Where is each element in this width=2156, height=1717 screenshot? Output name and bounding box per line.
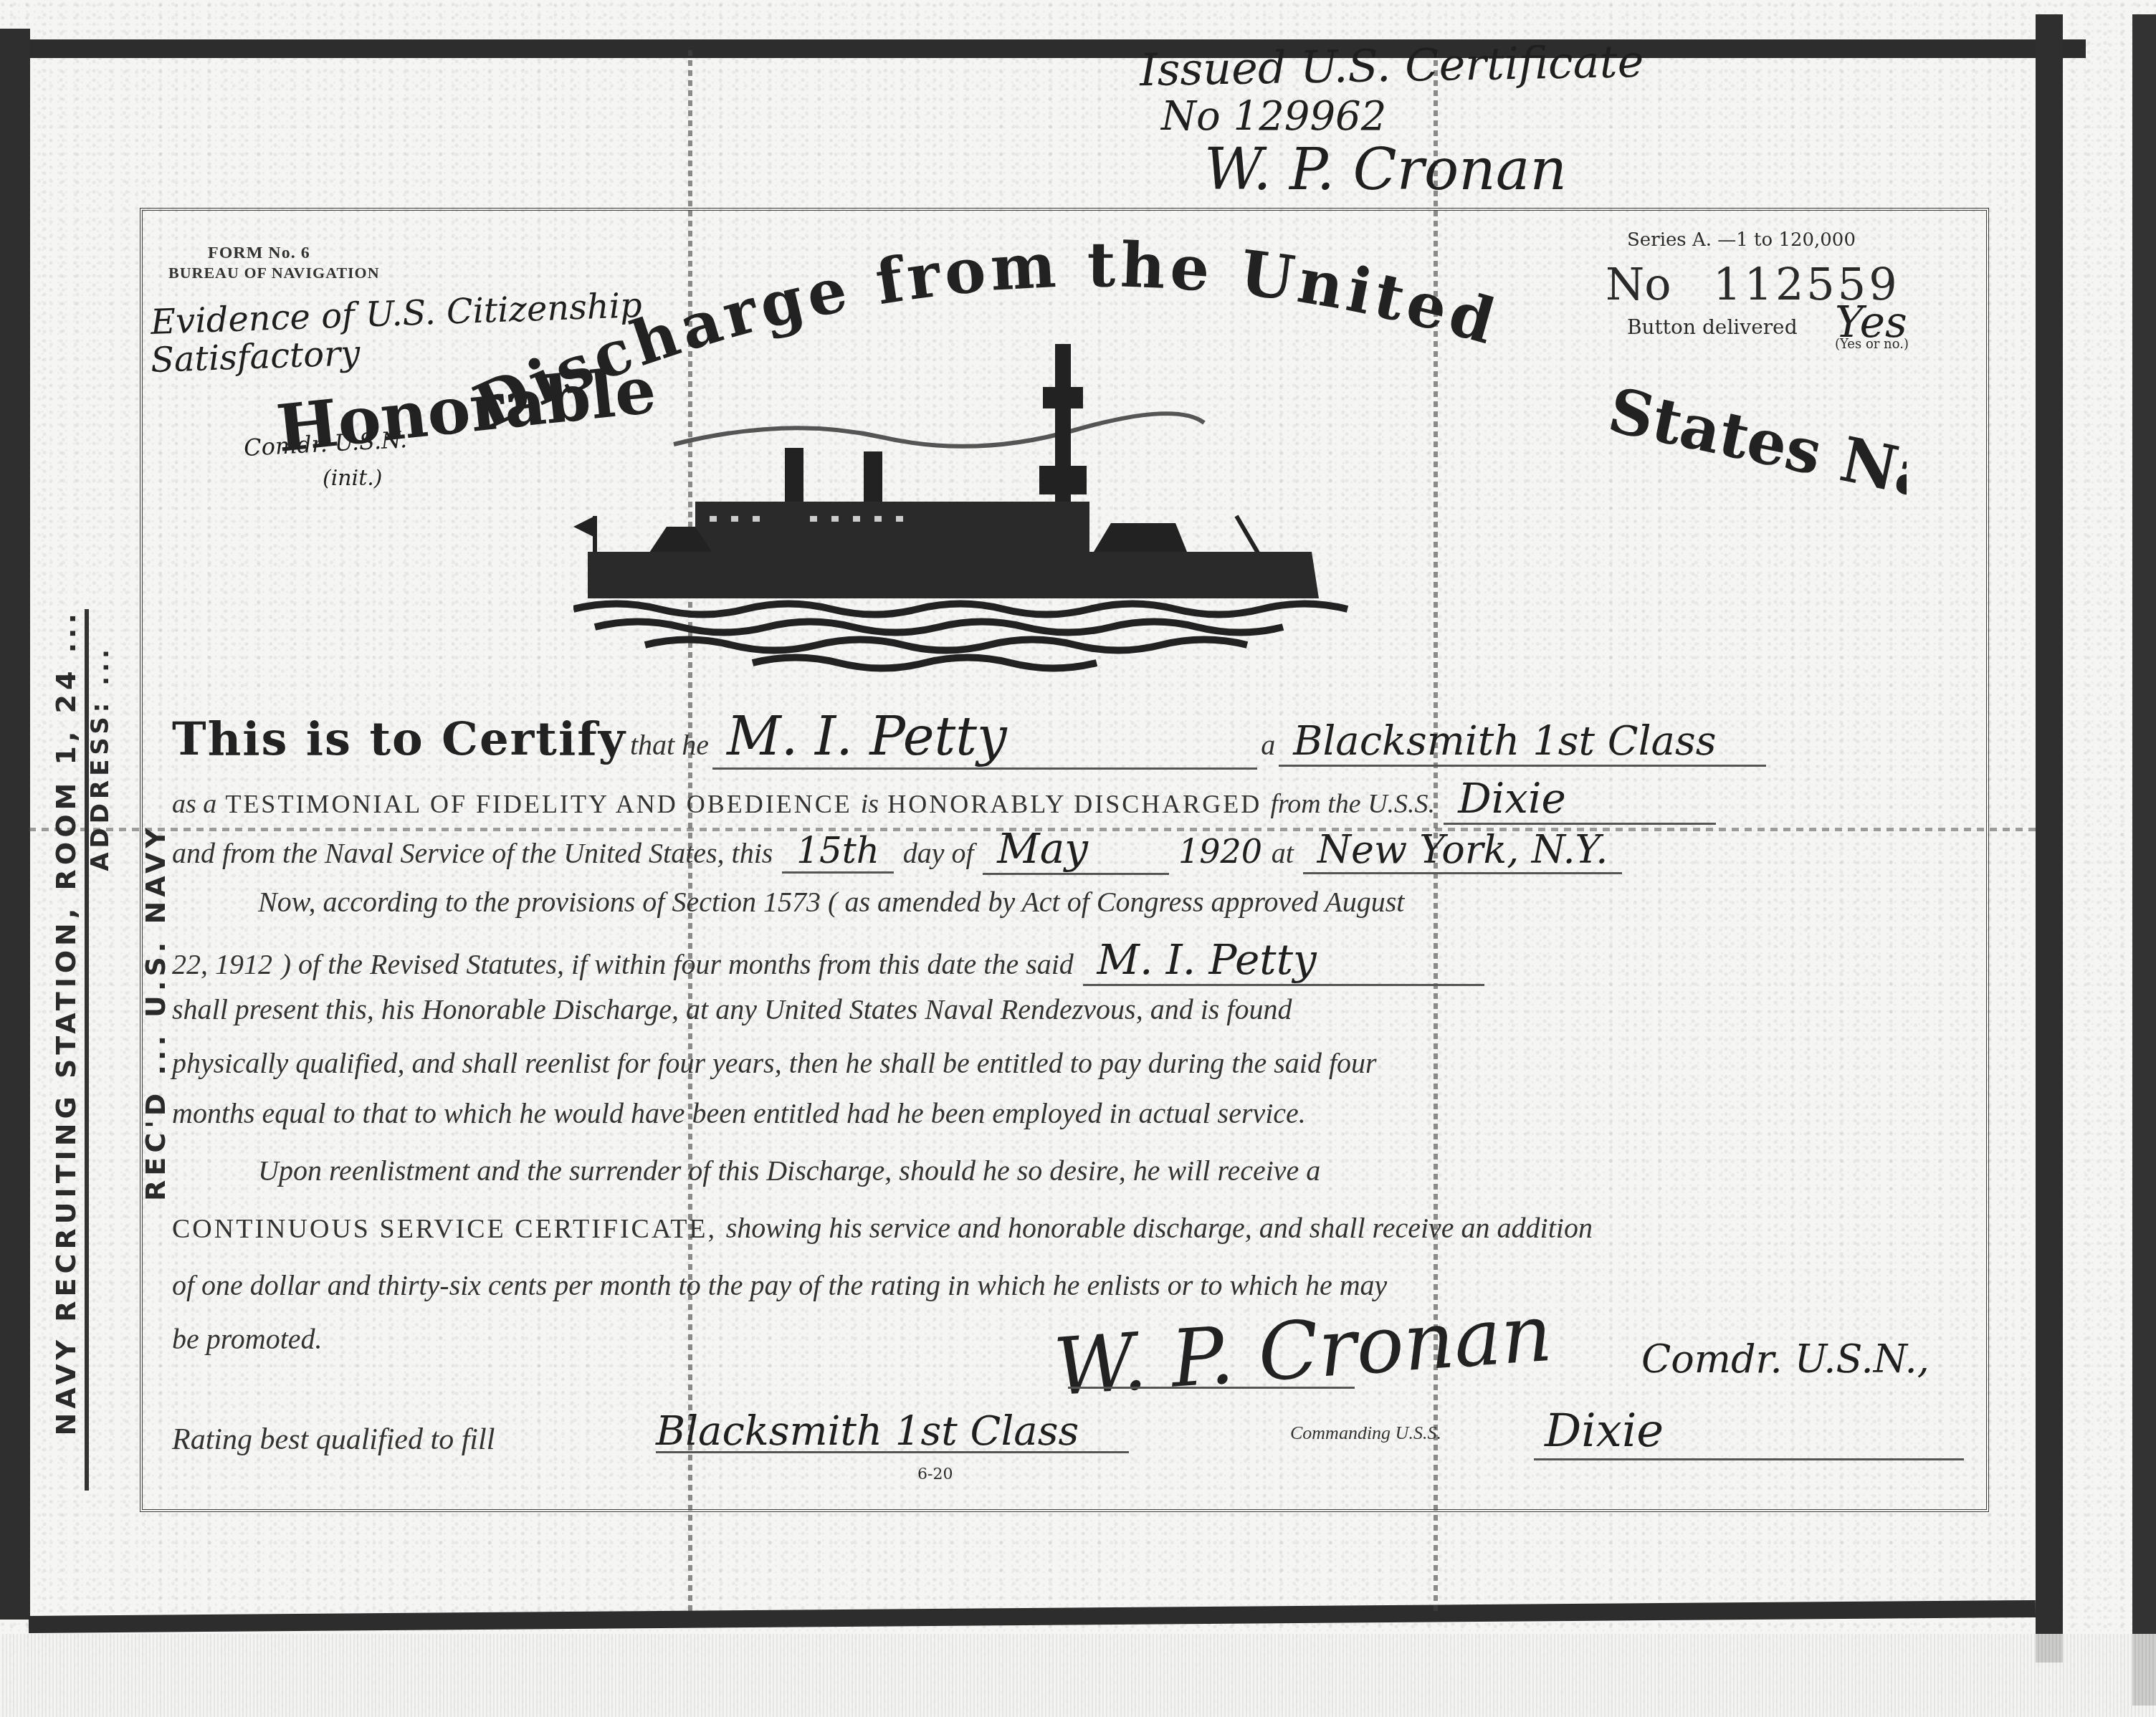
at-text: at: [1272, 837, 1294, 869]
article-a: a: [1261, 729, 1275, 761]
from-uss-text: from the U.S.S.: [1270, 789, 1435, 819]
scanned-document-page: Issued U.S. Certificate No 129962 W. P. …: [0, 0, 2156, 1717]
commander-title: Comdr. U.S.N.,: [1641, 1336, 1930, 1382]
discharge-place: New York, N.Y.: [1303, 827, 1623, 874]
paragraph2-line1: Upon reenlistment and the surrender of t…: [172, 1154, 1320, 1187]
issued-certificate-note: Issued U.S. Certificate: [1139, 35, 1644, 96]
testimonial-line: as a TESTIMONIAL OF FIDELITY AND OBEDIEN…: [172, 774, 1716, 825]
signature-line: [1068, 1387, 1355, 1389]
ship-name: Dixie: [1444, 774, 1716, 825]
from-service-text: and from the Naval Service of the United…: [172, 837, 773, 869]
stamp-line-2: ADDRESS: ...: [86, 645, 115, 871]
paragraph2-line2: CONTINUOUS SERVICE CERTIFICATE, showing …: [172, 1211, 1593, 1245]
discharge-day: 15th: [782, 830, 894, 874]
testimonial-text: TESTIMONIAL OF FIDELITY AND OBEDIENCE: [225, 790, 852, 818]
certify-heading: This is to Certify: [172, 712, 626, 766]
scan-frame-right: [2036, 14, 2063, 1663]
commanding-label: Commanding U.S.S.: [1290, 1422, 1441, 1444]
paragraph1-line3: shall present this, his Honorable Discha…: [172, 993, 1292, 1026]
commanding-underline: [1534, 1458, 1964, 1460]
sailor-name-repeat: M. I. Petty: [1083, 935, 1484, 986]
paragraph1-line1: Now, according to the provisions of Sect…: [172, 885, 1404, 919]
honorably-discharged-text: HONORABLY DISCHARGED: [887, 790, 1261, 818]
paragraph1-line4: physically qualified, and shall reenlist…: [172, 1046, 1377, 1080]
continuous-service-text: CONTINUOUS SERVICE CERTIFICATE,: [172, 1214, 717, 1244]
that-he-text: that he: [630, 729, 709, 761]
recruiting-station-stamp: NAVY RECRUITING STATION, ROOM 1, 24 ... …: [43, 609, 201, 1491]
certify-line: This is to Certify that he M. I. Petty a…: [172, 706, 1766, 770]
commanding-ship: Dixie: [1545, 1405, 1664, 1458]
day-of-text: day of: [903, 837, 974, 869]
rating-underline: [656, 1451, 1129, 1453]
scan-frame-left: [0, 29, 30, 1620]
paragraph2-line3: of one dollar and thirty-six cents per m…: [172, 1268, 1387, 1302]
is-text: is: [861, 789, 879, 819]
scan-frame-right-outer: [2132, 14, 2156, 1706]
paragraph1-line2: 22, 1912 ) of the Revised Statutes, if w…: [172, 935, 1484, 986]
issued-certificate-number: No 129962: [1161, 93, 1386, 140]
paragraph2-line2-rest: showing his service and honorable discha…: [726, 1212, 1593, 1244]
discharge-year: 1920: [1178, 832, 1262, 871]
printer-mark: 6-20: [917, 1465, 953, 1483]
rating-best-value: Blacksmith 1st Class: [656, 1408, 1079, 1455]
paragraph1-line5: months equal to that to which he would h…: [172, 1096, 1306, 1130]
stamp-line-3: REC'D ... U.S. NAVY: [140, 824, 171, 1201]
issuer-signature: W. P. Cronan: [1204, 136, 1567, 203]
scan-frame-top: [29, 39, 2086, 58]
sailor-name: M. I. Petty: [712, 706, 1257, 770]
stamp-line-1: NAVY RECRUITING STATION, ROOM 1, 24 ...: [50, 609, 82, 1436]
scan-frame-bottom: [29, 1600, 2036, 1633]
date-place-line: and from the Naval Service of the United…: [172, 824, 1622, 875]
revised-statutes-text: ) of the Revised Statutes, if within fou…: [282, 948, 1074, 980]
sailor-rating: Blacksmith 1st Class: [1279, 718, 1766, 767]
rating-best-label: Rating best qualified to fill: [172, 1422, 495, 1457]
battleship-illustration-icon: [573, 344, 1591, 681]
title-states-navy: States Navy.: [1603, 374, 1907, 532]
discharge-month: May: [983, 824, 1169, 875]
scan-bottom-margin: [0, 1634, 2156, 1717]
